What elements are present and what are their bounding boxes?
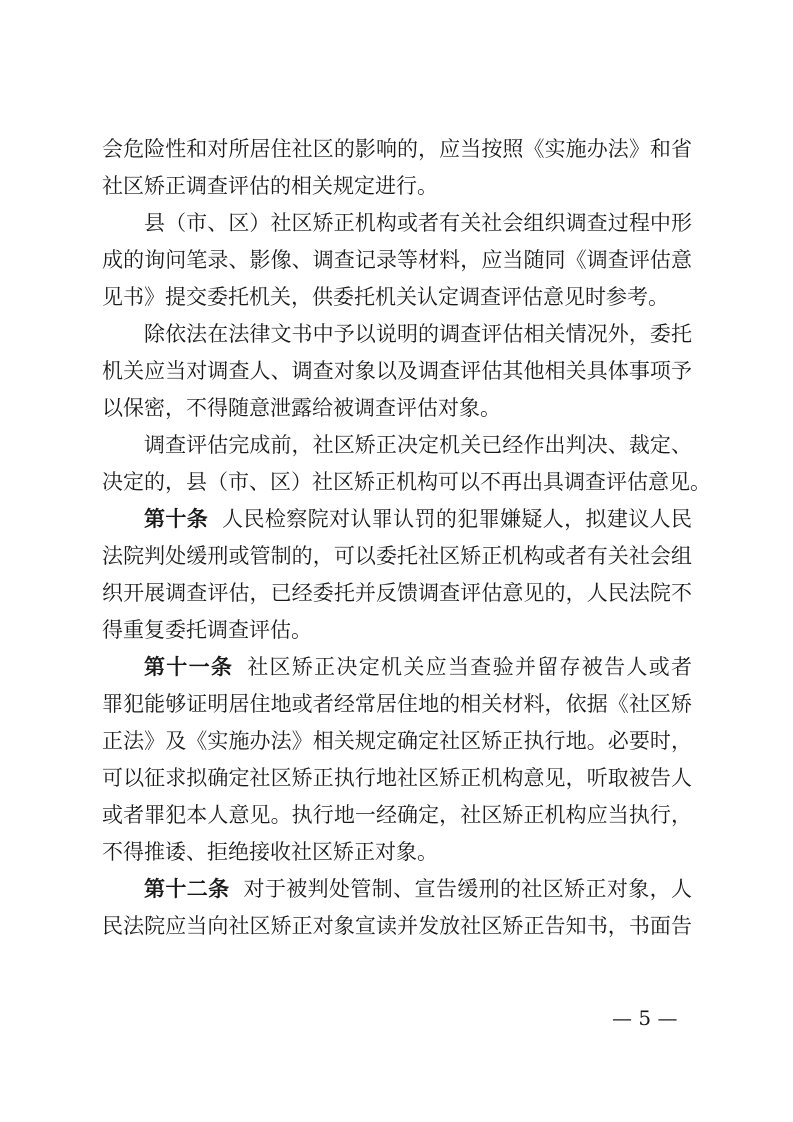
text-line: 可以征求拟确定社区矫正执行地社区矫正机构意见，听取被告人 [102,760,692,797]
article-text: 人民检察院对认罪认罚的犯罪嫌疑人，拟建议人民 [222,507,692,531]
article-number: 第十二条 [144,877,230,901]
article-12: 第十二条对于被判处管制、宣告缓刑的社区矫正对象，人 民法院应当向社区矫正对象宣读… [102,871,692,945]
text-line: 第十一条社区矫正决定机关应当查验并留存被告人或者 [102,649,692,686]
paragraph: 会危险性和对所居住社区的影响的，应当按照《实施办法》和省 社区矫正调查评估的相关… [102,131,692,205]
text-line: 县（市、区）社区矫正机构或者有关社会组织调查过程中形 [102,205,692,242]
text-line: 得重复委托调查评估。 [102,612,692,649]
text-line: 或者罪犯本人意见。执行地一经确定，社区矫正机构应当执行， [102,797,692,834]
text-line: 以保密，不得随意泄露给被调查评估对象。 [102,390,692,427]
text-line: 正法》及《实施办法》相关规定确定社区矫正执行地。必要时， [102,723,692,760]
text-line: 调查评估完成前，社区矫正决定机关已经作出判决、裁定、 [102,427,692,464]
article-number: 第十条 [144,507,208,531]
article-text: 社区矫正决定机关应当查验并留存被告人或者 [247,655,692,679]
paragraph: 调查评估完成前，社区矫正决定机关已经作出判决、裁定、 决定的，县（市、区）社区矫… [102,427,692,501]
text-line: 见书》提交委托机关，供委托机关认定调查评估意见时参考。 [102,279,692,316]
text-line: 社区矫正调查评估的相关规定进行。 [102,168,692,205]
article-text: 对于被判处管制、宣告缓刑的社区矫正对象，人 [244,877,693,901]
article-number: 第十一条 [144,655,233,679]
text-line: 除依法在法律文书中予以说明的调查评估相关情况外，委托 [102,316,692,353]
text-line: 机关应当对调查人、调查对象以及调查评估其他相关具体事项予 [102,353,692,390]
text-line: 织开展调查评估，已经委托并反馈调查评估意见的，人民法院不 [102,575,692,612]
text-line: 成的询问笔录、影像、调查记录等材料，应当随同《调查评估意 [102,242,692,279]
paragraph: 除依法在法律文书中予以说明的调查评估相关情况外，委托 机关应当对调查人、调查对象… [102,316,692,427]
article-10: 第十条人民检察院对认罪认罚的犯罪嫌疑人，拟建议人民 法院判处缓刑或管制的，可以委… [102,501,692,649]
paragraph: 县（市、区）社区矫正机构或者有关社会组织调查过程中形 成的询问笔录、影像、调查记… [102,205,692,316]
text-line: 决定的，县（市、区）社区矫正机构可以不再出具调查评估意见。 [102,464,692,501]
text-line: 民法院应当向社区矫正对象宣读并发放社区矫正告知书，书面告 [102,908,692,945]
text-line: 法院判处缓刑或管制的，可以委托社区矫正机构或者有关社会组 [102,538,692,575]
text-line: 第十二条对于被判处管制、宣告缓刑的社区矫正对象，人 [102,871,692,908]
article-11: 第十一条社区矫正决定机关应当查验并留存被告人或者 罪犯能够证明居住地或者经常居住… [102,649,692,871]
page-number: — 5 — [612,1006,677,1030]
text-line: 不得推诿、拒绝接收社区矫正对象。 [102,834,692,871]
document-body: 会危险性和对所居住社区的影响的，应当按照《实施办法》和省 社区矫正调查评估的相关… [102,131,692,945]
text-line: 第十条人民检察院对认罪认罚的犯罪嫌疑人，拟建议人民 [102,501,692,538]
text-line: 会危险性和对所居住社区的影响的，应当按照《实施办法》和省 [102,131,692,168]
text-line: 罪犯能够证明居住地或者经常居住地的相关材料，依据《社区矫 [102,686,692,723]
